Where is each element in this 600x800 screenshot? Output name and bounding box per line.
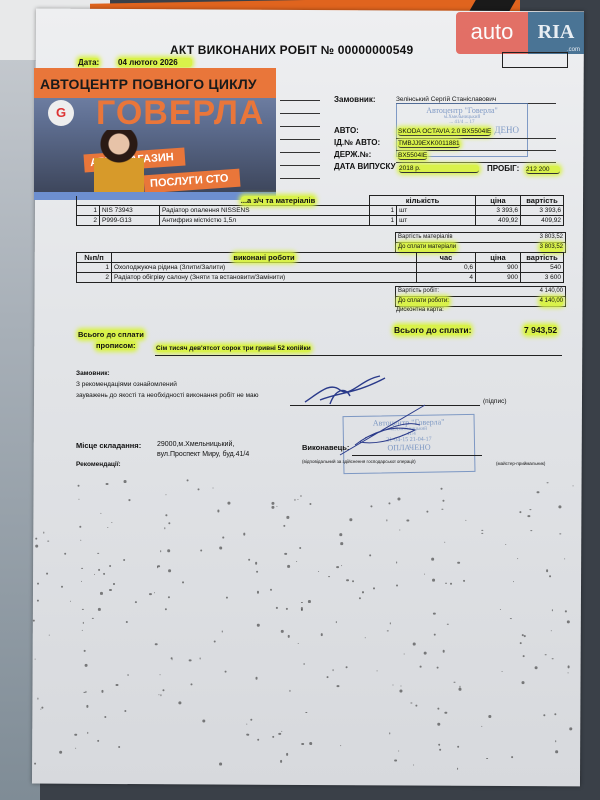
toner-speck [392,685,393,686]
toner-speck [524,635,525,636]
part-qty: 1 [370,216,397,226]
toner-speck [100,513,101,514]
table-row: 2 Радіатор обігріву салону (Зняти та вст… [77,273,564,283]
toner-speck [160,551,162,553]
toner-speck [303,663,304,664]
works-summary: Вартість робіт:4 140,00 До сплати роботи… [395,286,566,307]
parts-col-price: ціна [476,196,521,206]
toner-speck [81,567,83,569]
toner-speck [547,482,549,484]
toner-speck [164,527,165,528]
toner-speck [520,511,522,513]
toner-speck [564,558,565,559]
work-price: 900 [476,273,521,283]
toner-speck [567,666,570,669]
parts-due-value: 3 803,52 [540,243,563,252]
toner-speck [386,520,387,521]
toner-speck [78,499,79,500]
toner-speck [431,558,434,561]
toner-speck [389,733,390,734]
toner-speck [103,573,105,575]
advert-brand: ГОВЕРЛА [96,94,264,133]
works-col-hours: час [417,253,476,263]
advert-person-image [94,130,144,200]
toner-speck [301,602,302,603]
toner-speck [135,601,137,603]
date-label: Дата: [78,58,99,67]
toner-speck [124,480,127,483]
toner-speck [48,540,50,542]
toner-speck [458,688,461,691]
toner-speck [519,642,521,644]
discount-label: Дисконтна карта: [396,307,444,313]
toner-speck [82,630,83,631]
toner-speck [279,733,281,735]
toner-speck [502,671,503,672]
toner-speck [200,658,201,659]
toner-speck [305,712,307,714]
row-number: 2 [77,216,100,226]
toner-speck [78,485,80,487]
toner-speck [438,708,440,710]
stamp-top-line1: Автоцентр "Говерла" [397,106,527,115]
toner-speck [332,669,334,671]
toner-speck [457,746,459,748]
toner-speck [33,620,35,622]
works-col-price: ціна [476,253,521,263]
signature-caption: (підпис) [483,398,507,405]
toner-speck [394,759,397,762]
toner-speck [222,536,224,538]
toner-speck [159,674,160,675]
table-row: 1 Охолоджуюча рідина (Злити/Залити) 0,6 … [77,263,564,273]
toner-speck [81,581,82,582]
toner-speck [217,510,219,512]
toner-speck [337,685,339,687]
work-cost: 3 600 [521,273,564,283]
total-value: 7 943,52 [524,325,557,335]
toner-speck [87,732,88,733]
toner-speck [257,591,260,594]
parts-col-qty: кількість [370,196,476,206]
toner-speck [214,641,216,643]
toner-speck [318,571,319,572]
place-label: Місце складання: [76,441,141,450]
watermark-auto: auto [456,12,528,54]
toner-speck [543,714,545,716]
toner-speck [535,666,538,669]
toner-speck [301,608,303,610]
toner-speck [454,682,455,683]
toner-speck [569,727,572,730]
toner-speck [190,684,192,686]
toner-speck [98,608,101,611]
toner-speck [567,672,568,673]
vin-value: TMBJJ9EXK0011881 [398,140,460,148]
toner-speck [84,664,87,667]
toner-speck [309,742,312,745]
toner-speck [513,581,514,582]
toner-speck [224,670,226,672]
part-name: Антифриз місткістю 1,5л [160,216,370,226]
toner-speck [219,763,222,766]
toner-speck [283,525,285,527]
toner-speck [486,758,488,760]
toner-speck [457,562,459,564]
works-due-value: 4 140,00 [540,297,563,306]
parts-table: ...а з/ч та матеріалів кількість ціна ва… [76,195,564,226]
part-name: Радіатор опалення NISSENS [160,206,370,216]
toner-speck [280,760,283,763]
toner-speck [309,503,311,505]
signoff-line2: зауважень до якості та необхідності вико… [76,392,259,399]
toner-speck [79,526,81,528]
toner-speck [436,666,438,668]
toner-speck [94,574,95,575]
part-code: P999-G13 [100,216,160,226]
toner-speck [250,718,252,720]
toner-speck [560,533,561,534]
parts-subtotal-value: 3 803,52 [540,233,563,242]
toner-speck [399,529,400,530]
toner-speck [37,599,39,601]
toner-speck [554,713,557,716]
toner-speck [294,499,295,500]
toner-speck [35,658,36,659]
toner-speck [433,613,435,615]
advert-card: АВТОЦЕНТР ПОВНОГО ЦИКЛУ G ГОВЕРЛА АВТОМА… [34,68,276,200]
parts-summary: Вартість матеріалів3 803,52 До сплати ма… [395,232,566,253]
toner-speck [80,540,81,541]
words-label-1: Всього до сплати [78,330,144,339]
toner-speck [341,543,343,545]
toner-speck [549,575,551,577]
row-number: 2 [77,273,112,283]
toner-speck [559,505,562,508]
toner-speck [481,725,482,726]
toner-speck [377,670,378,671]
toner-speck [98,552,100,554]
toner-speck [64,553,66,555]
toner-speck [257,624,259,626]
work-hours: 4 [417,273,476,283]
works-subtotal-label: Вартість робіт: [398,287,439,296]
part-price: 409,92 [476,216,521,226]
toner-speck [463,580,465,582]
toner-speck [37,698,39,700]
toner-speck [510,618,511,619]
toner-speck [83,622,84,623]
toner-speck [281,630,284,633]
underline [396,138,556,139]
toner-speck [499,609,500,610]
toner-speck [530,530,531,531]
toner-speck [61,586,63,588]
toner-speck [567,620,570,623]
toner-speck [320,633,323,636]
watermark-suffix: .com [567,46,580,54]
toner-speck [124,710,126,712]
toner-speck [98,569,100,571]
work-name: Радіатор обігріву салону (Зняти та встан… [112,273,417,283]
toner-speck [326,676,328,678]
toner-speck [287,565,290,568]
advert-banner-service: ПОСЛУГИ СТО [143,169,240,194]
toner-speck [246,733,248,735]
toner-speck [396,584,398,586]
toner-speck [387,630,388,631]
toner-speck [465,520,466,521]
parts-subtotal-label: Вартість матеріалів [398,233,453,242]
toner-speck [340,745,341,746]
toner-speck [212,487,213,488]
signoff-customer-label: Замовник: [76,370,110,377]
plate-value: BX5504IE [398,152,427,160]
toner-speck [187,479,189,481]
toner-speck [300,495,302,497]
advert-headline: АВТОЦЕНТР ПОВНОГО ЦИКЛУ [40,76,257,92]
toner-speck [270,589,272,591]
toner-speck [198,488,200,490]
toner-speck [373,588,375,590]
toner-speck [111,522,113,524]
table-row: 1 NIS 73943 Радіатор опалення NISSENS 1 … [77,206,564,216]
toner-speck [92,617,94,619]
toner-speck [400,690,403,693]
toner-speck [277,506,278,507]
toner-speck [341,565,342,566]
year-value: 2018 р. [399,165,479,173]
toner-speck [551,630,552,631]
plate-label: ДЕРЖ.№: [334,150,371,159]
toner-speck [166,515,168,517]
works-header: виконані роботи [233,253,294,262]
toner-speck [35,544,38,547]
work-hours: 0,6 [417,263,476,273]
form-lines [280,100,320,191]
toner-speck [505,544,506,545]
toner-speck [370,505,372,507]
vin-label: ІД.№ АВТО: [334,138,380,147]
toner-speck [438,743,440,745]
toner-speck [489,715,492,718]
toner-speck [573,485,574,486]
date-value: 04 лютого 2026 [118,58,192,67]
words-label-2: прописом: [96,341,136,350]
toner-speck [255,677,257,679]
toner-speck [424,573,425,574]
part-code: NIS 73943 [100,206,160,216]
toner-speck [178,702,181,705]
toner-speck [517,558,518,559]
toner-speck [43,532,45,534]
toner-speck [396,562,397,563]
toner-speck [107,527,108,528]
toner-speck [220,547,222,549]
toner-speck [256,570,259,573]
toner-speck [287,516,290,519]
toner-speck [189,659,191,661]
toner-speck [59,751,62,754]
toner-speck [85,691,87,693]
toner-speck [346,579,349,582]
toner-speck [126,621,128,623]
document-title: АКТ ВИКОНАНИХ РОБІТ № 00000000549 [170,43,413,57]
toner-speck [522,681,525,684]
parts-due-label: До сплати матеріали [398,243,456,252]
toner-speck [390,623,391,624]
mileage-label: ПРОБІГ: [487,164,519,173]
toner-speck [407,519,410,522]
toner-speck [129,500,130,501]
toner-speck [168,570,171,573]
autoria-watermark: auto RIA .com [456,12,584,54]
toner-speck [243,533,245,535]
master-caption: (майстер-приймальник) [496,461,545,466]
part-unit: шт [397,216,476,226]
toner-speck [420,666,422,668]
car-value: SKODA OCTAVIA 2.0 BX5504IE [398,128,491,136]
toner-speck [442,650,445,653]
toner-speck [118,746,120,748]
toner-speck [228,502,231,505]
toner-speck [442,508,444,510]
toner-speck [447,624,448,625]
toner-speck [155,643,157,645]
toner-speck [100,592,103,595]
toner-speck [168,522,170,524]
toner-speck [101,690,104,693]
toner-speck [441,488,443,490]
total-in-words: Сім тисяч дев'ятсот сорок три гривні 52 … [156,345,311,352]
toner-speck [297,561,298,562]
works-col-cost: вартість [521,253,564,263]
toner-speck [225,597,227,599]
toner-speck [222,631,223,632]
part-unit: шт [397,206,476,216]
toner-speck [284,553,287,556]
toner-speck [555,740,556,741]
toner-speck [411,703,412,704]
toner-speck [362,592,363,593]
executor-signature [335,400,435,460]
toner-speck [41,707,43,709]
toner-speck [565,611,566,612]
row-number: 1 [77,263,112,273]
toner-speck [75,747,76,748]
toner-speck [345,666,347,668]
toner-speck [482,533,484,535]
parts-header: ...а з/ч та матеріалів [241,196,315,205]
toner-speck [511,756,513,758]
toner-speck [104,716,106,718]
toner-speck [545,654,546,655]
toner-speck [335,621,336,622]
toner-speck [445,712,447,714]
toner-speck [255,562,258,565]
executor-line [352,455,482,456]
toner-speck [369,554,371,556]
toner-speck [113,583,115,585]
year-label: ДАТА ВИПУСКУ [334,162,396,171]
toner-speck [167,549,170,552]
toner-speck [339,533,342,536]
toner-speck [149,593,151,595]
toner-speck [287,635,289,637]
mileage-value: 212 200 [526,166,560,174]
toner-speck [272,506,275,509]
toner-speck [299,547,301,549]
part-price: 3 393,6 [476,206,521,216]
toner-speck [124,559,126,561]
toner-speck [552,658,554,660]
toner-speck [248,558,250,560]
toner-speck [434,634,436,636]
executor-label: Виконавець: [302,443,349,452]
toner-speck [276,607,278,609]
toner-speck [70,600,71,601]
toner-speck [286,608,288,610]
car-label: АВТО: [334,126,359,135]
underline [396,162,556,163]
toner-speck [444,541,446,543]
toner-speck [450,583,452,585]
toner-speck [37,583,39,585]
works-due-label: До сплати роботи: [398,297,449,306]
customer-label: Замовник: [334,95,376,104]
part-cost: 409,92 [521,216,564,226]
words-underline [155,355,562,356]
toner-speck [75,734,77,736]
works-table: №п/п виконані роботи час ціна вартість 1… [76,252,564,283]
place-line2: вул.Проспект Миру, буд.41/4 [157,451,249,458]
toner-speck [34,762,36,764]
toner-speck [109,565,111,567]
toner-speck [482,530,483,531]
toner-speck [162,689,164,691]
toner-speck [202,720,205,723]
row-number: 1 [77,206,100,216]
toner-speck [160,695,161,696]
toner-speck [106,483,108,485]
toner-speck [109,589,112,592]
toner-speck [46,572,48,574]
toner-speck [297,499,299,501]
toner-speck [289,690,291,692]
toner-speck [388,503,390,505]
toner-speck [328,576,329,577]
toner-speck [424,651,427,654]
toner-speck [165,608,167,610]
toner-speck [302,743,304,745]
toner-speck [552,610,553,611]
toner-speck [200,550,202,552]
toner-speck [528,515,530,517]
executor-caption: (відповідальний за здійснення господарсь… [302,459,416,464]
toner-speck [165,494,167,496]
toner-speck [398,750,399,751]
toner-speck [352,580,354,582]
toner-speck [442,500,444,502]
toner-speck [401,686,402,687]
toner-speck [403,653,404,654]
box-outline [502,52,568,68]
toner-speck [413,764,414,765]
toner-speck [116,684,118,686]
toner-speck [35,538,37,540]
toner-speck [555,750,558,753]
toner-speck [298,643,299,644]
